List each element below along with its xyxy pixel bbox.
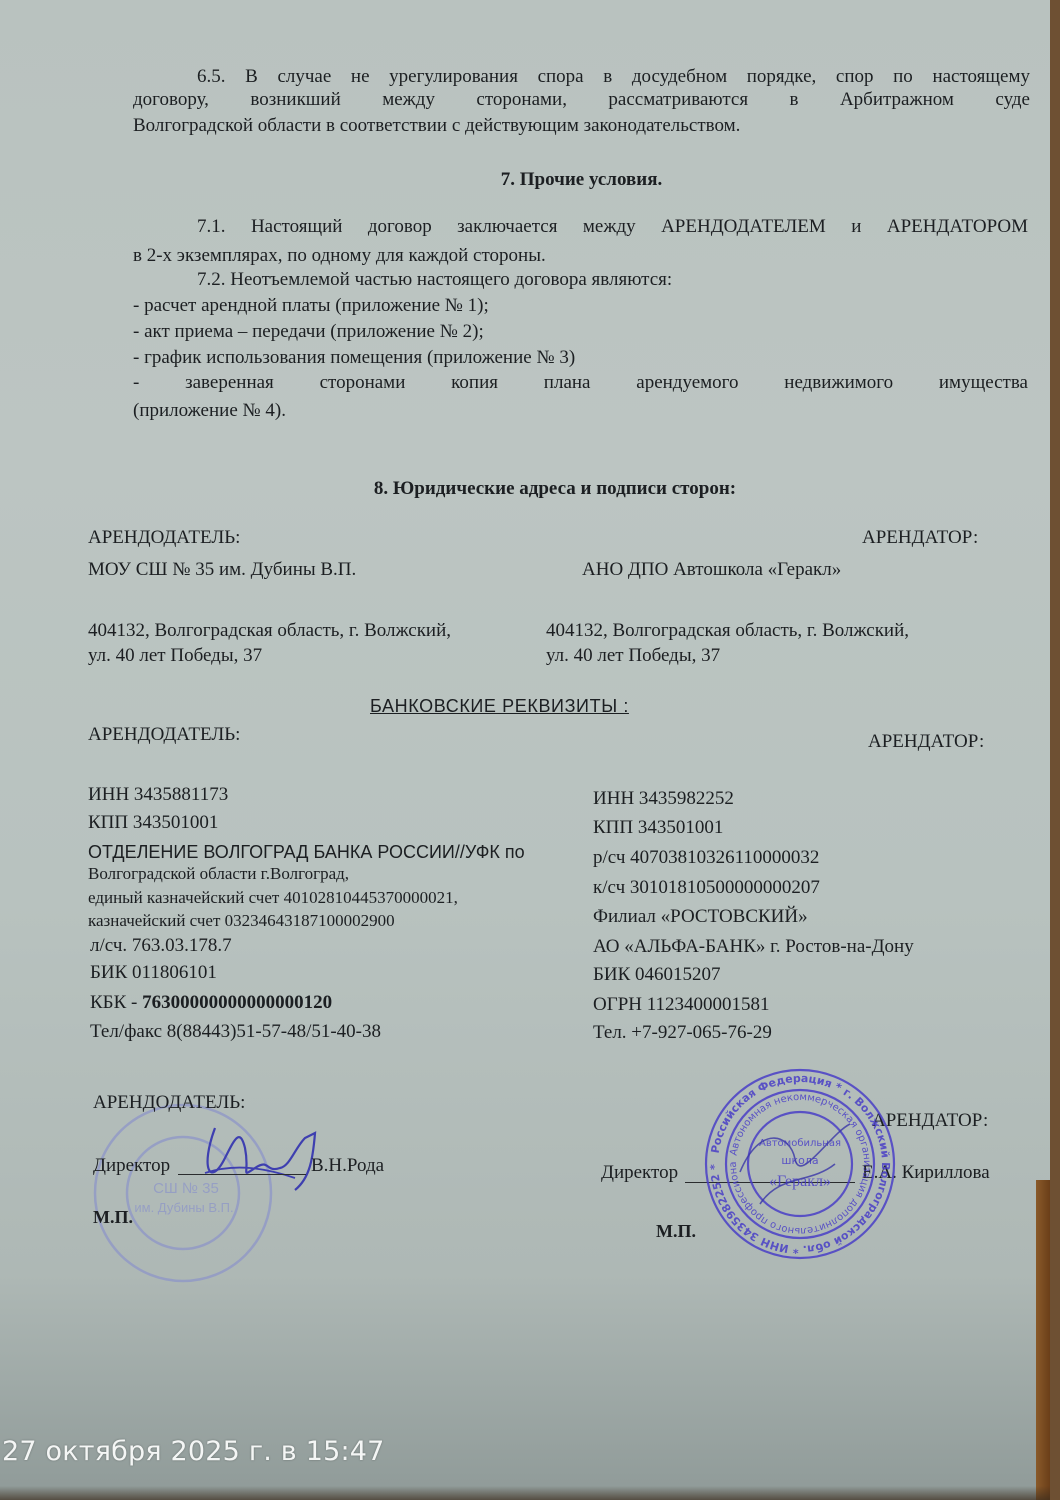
tenant-rs: р/сч 40703810326110000032 [593, 847, 819, 869]
svg-text:школа: школа [781, 1154, 818, 1167]
landlord-account-1: единый казначейский счет 401028104453700… [88, 887, 458, 909]
tenant-phone: Тел. +7-927-065-76-29 [593, 1022, 772, 1044]
tenant-address-line-2: ул. 40 лет Победы, 37 [546, 645, 720, 667]
attachment-item: - график использования помещения (прилож… [133, 347, 575, 369]
bank-tenant-label: АРЕНДАТОР: [868, 731, 984, 753]
clause-7-1-line-2: в 2-х экземплярах, по одному для каждой … [133, 245, 546, 267]
landlord-director-label: Директор [93, 1155, 170, 1177]
svg-text:им. Дубины В.П.: им. Дубины В.П. [134, 1200, 233, 1215]
section-7-heading: 7. Прочие условия. [133, 169, 1030, 191]
tenant-ogrn: ОГРН 1123400001581 [593, 994, 770, 1016]
landlord-signature-line [178, 1174, 306, 1175]
tenant-seal-label: М.П. [656, 1220, 696, 1242]
landlord-bank-line-2: Волгоградской области г.Волгоград, [88, 863, 349, 885]
photo-timestamp: 27 октября 2025 г. в 15:47 [2, 1436, 385, 1467]
landlord-kpp: КПП 343501001 [88, 812, 218, 834]
signature-landlord-label: АРЕНДОДАТЕЛЬ: [93, 1092, 245, 1114]
tenant-label: АРЕНДАТОР: [862, 527, 978, 549]
tenant-branch: Филиал «РОСТОВСКИЙ» [593, 906, 808, 928]
landlord-kbk: КБК - 76300000000000000120 [90, 992, 332, 1014]
landlord-label: АРЕНДОДАТЕЛЬ: [88, 527, 240, 549]
attachment-item: - заверенная сторонами копия плана аренд… [133, 372, 1028, 394]
landlord-signature-icon [195, 1118, 325, 1198]
tenant-bank: АО «АЛЬФА-БАНК» г. Ростов-на-Дону [593, 936, 914, 958]
tenant-bik: БИК 046015207 [593, 964, 721, 986]
svg-text:Автомобильная: Автомобильная [759, 1138, 841, 1149]
tenant-director-label: Директор [601, 1162, 678, 1184]
clause-6-5-line-3: Волгоградской области в соответствии с д… [133, 115, 740, 137]
landlord-address-line-2: ул. 40 лет Победы, 37 [88, 645, 262, 667]
landlord-ls: л/сч. 763.03.178.7 [90, 935, 232, 957]
landlord-account-2: казначейский счет 03234643187100002900 [88, 910, 395, 932]
document-page: 6.5. В случае не урегулирования спора в … [0, 0, 1050, 1500]
landlord-bik: БИК 011806101 [90, 962, 217, 984]
tenant-address-line-1: 404132, Волгоградская область, г. Волжск… [546, 620, 909, 642]
landlord-inn: ИНН 3435881173 [88, 784, 228, 806]
landlord-director-name: В.Н.Рода [311, 1155, 384, 1177]
table-edge [1036, 1180, 1050, 1500]
section-8-heading: 8. Юридические адреса и подписи сторон: [85, 478, 1025, 500]
clause-6-5-line-2: договору, возникший между сторонами, рас… [133, 89, 1030, 111]
tenant-kpp: КПП 343501001 [593, 817, 723, 839]
clause-7-2: 7.2. Неотъемлемой частью настоящего дого… [197, 269, 672, 291]
landlord-bank-line-1: ОТДЕЛЕНИЕ ВОЛГОГРАД БАНКА РОССИИ//УФК по [88, 841, 525, 863]
tenant-stamp-icon: Российская Федерация * г. Волжский Волго… [700, 1064, 900, 1264]
bank-landlord-label: АРЕНДОДАТЕЛЬ: [88, 724, 240, 746]
clause-6-5-line-1: 6.5. В случае не урегулирования спора в … [133, 66, 1030, 88]
tenant-ks: к/сч 30101810500000000207 [593, 877, 820, 899]
attachment-item: - акт приема – передачи (приложение № 2)… [133, 321, 484, 343]
tenant-name: АНО ДПО Автошкола «Геракл» [582, 559, 841, 581]
attachment-item: (приложение № 4). [133, 400, 286, 422]
landlord-seal-label: М.П. [93, 1206, 133, 1228]
clause-7-1-line-1: 7.1. Настоящий договор заключается между… [133, 216, 1028, 238]
landlord-address-line-1: 404132, Волгоградская область, г. Волжск… [88, 620, 451, 642]
bank-details-heading: БАНКОВСКИЕ РЕКВИЗИТЫ : [370, 695, 629, 717]
landlord-phone: Тел/факс 8(88443)51-57-48/51-40-38 [90, 1021, 381, 1043]
attachment-item: - расчет арендной платы (приложение № 1)… [133, 295, 489, 317]
landlord-name: МОУ СШ № 35 им. Дубины В.П. [88, 559, 356, 581]
tenant-inn: ИНН 3435982252 [593, 788, 734, 810]
